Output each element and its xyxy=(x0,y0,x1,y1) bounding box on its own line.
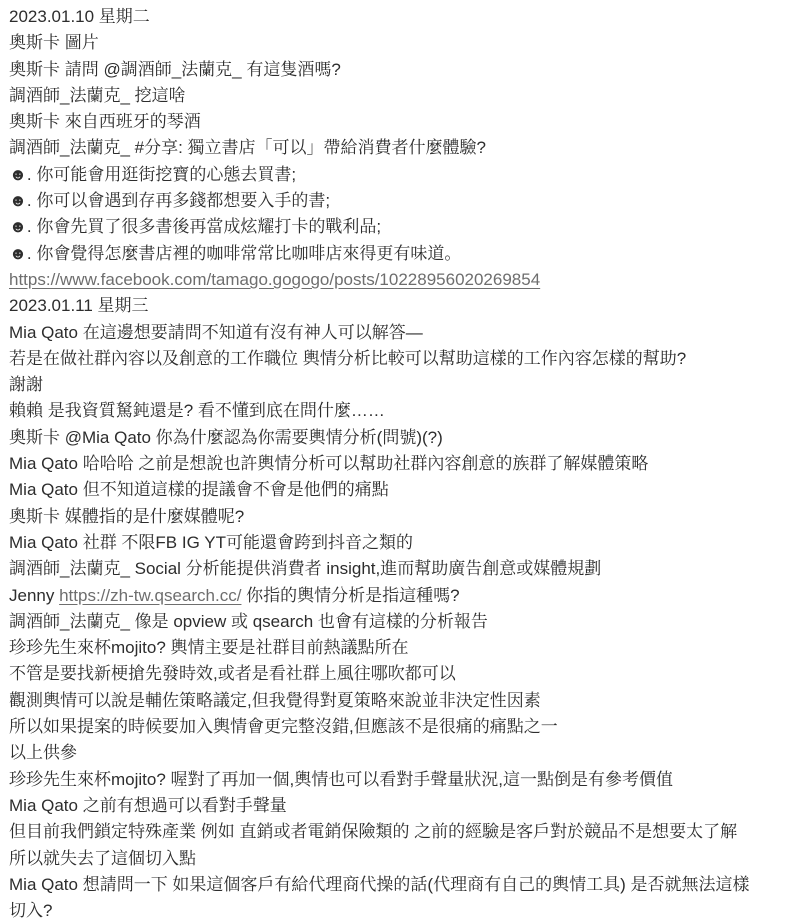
chat-line: ☻. 你會先買了很多書後再當成炫耀打卡的戰利品; xyxy=(9,214,794,240)
chat-text: 謝謝 xyxy=(9,375,43,394)
chat-text: 以上供參 xyxy=(9,743,77,762)
chat-text: 奧斯卡 @Mia Qato 你為什麼認為你需要輿情分析(問號)(?) xyxy=(9,428,443,447)
chat-text: 不管是要找新梗搶先發時效,或者是看社群上風往哪吹都可以 xyxy=(9,664,456,683)
chat-text: 調酒師_法蘭克_ 挖這啥 xyxy=(9,86,186,105)
chat-text: 珍珍先生來杯mojito? 喔對了再加一個,輿情也可以看對手聲量狀況,這一點倒是… xyxy=(9,770,673,789)
chat-line: https://www.facebook.com/tamago.gogogo/p… xyxy=(9,267,794,293)
chat-line: 調酒師_法蘭克_ 像是 opview 或 qsearch 也會有這樣的分析報告 xyxy=(9,609,794,635)
date-header-line: 2023.01.10 星期二 xyxy=(9,4,794,30)
chat-text: 調酒師_法蘭克_ #分享: 獨立書店「可以」帶給消費者什麼體驗? xyxy=(9,138,486,157)
chat-text: 賴賴 是我資質駑鈍還是? 看不懂到底在問什麼…… xyxy=(9,401,385,420)
chat-text: 切入? xyxy=(9,901,52,920)
chat-line: 珍珍先生來杯mojito? 輿情主要是社群目前熱議點所在 xyxy=(9,635,794,661)
chat-line: 不管是要找新梗搶先發時效,或者是看社群上風往哪吹都可以 xyxy=(9,661,794,687)
chat-text: 所以就失去了這個切入點 xyxy=(9,849,196,868)
chat-line: 所以就失去了這個切入點 xyxy=(9,846,794,872)
chat-line: 奧斯卡 請問 @調酒師_法蘭克_ 有這隻酒嗎? xyxy=(9,57,794,83)
chat-line: Mia Qato 但不知道這樣的提議會不會是他們的痛點 xyxy=(9,477,794,503)
chat-line: Mia Qato 想請問一下 如果這個客戶有給代理商代操的話(代理商有自己的輿情… xyxy=(9,872,794,898)
chat-text: ☻. 你可能會用逛街挖寶的心態去買書; xyxy=(9,165,296,184)
chat-line: 以上供參 xyxy=(9,740,794,766)
chat-text: 若是在做社群內容以及創意的工作職位 輿情分析比較可以幫助這樣的工作內容怎樣的幫助… xyxy=(9,349,686,368)
chat-line: ☻. 你可能會用逛街挖寶的心態去買書; xyxy=(9,162,794,188)
chat-text: Mia Qato 想請問一下 如果這個客戶有給代理商代操的話(代理商有自己的輿情… xyxy=(9,875,749,894)
chat-line: 切入? xyxy=(9,898,794,921)
chat-line: Mia Qato 哈哈哈 之前是想說也許輿情分析可以幫助社群內容創意的族群了解媒… xyxy=(9,451,794,477)
chat-line: Mia Qato 在這邊想要請問不知道有沒有神人可以解答— xyxy=(9,320,794,346)
chat-line: 調酒師_法蘭克_ #分享: 獨立書店「可以」帶給消費者什麼體驗? xyxy=(9,135,794,161)
chat-line: 奧斯卡 來自西班牙的琴酒 xyxy=(9,109,794,135)
chat-text: 奧斯卡 請問 @調酒師_法蘭克_ 有這隻酒嗎? xyxy=(9,60,341,79)
chat-line: 珍珍先生來杯mojito? 喔對了再加一個,輿情也可以看對手聲量狀況,這一點倒是… xyxy=(9,767,794,793)
chat-text: 珍珍先生來杯mojito? 輿情主要是社群目前熱議點所在 xyxy=(9,638,409,657)
chat-text: 調酒師_法蘭克_ 像是 opview 或 qsearch 也會有這樣的分析報告 xyxy=(9,612,488,631)
chat-line: Jenny https://zh-tw.qsearch.cc/ 你指的輿情分析是… xyxy=(9,583,794,609)
chat-line: 奧斯卡 圖片 xyxy=(9,30,794,56)
chat-text: Mia Qato 在這邊想要請問不知道有沒有神人可以解答— xyxy=(9,323,423,342)
chat-line: 調酒師_法蘭克_ Social 分析能提供消費者 insight,進而幫助廣告創… xyxy=(9,556,794,582)
chat-line: Mia Qato 社群 不限FB IG YT可能還會跨到抖音之類的 xyxy=(9,530,794,556)
chat-text: Mia Qato 社群 不限FB IG YT可能還會跨到抖音之類的 xyxy=(9,533,413,552)
chat-text: Mia Qato 哈哈哈 之前是想說也許輿情分析可以幫助社群內容創意的族群了解媒… xyxy=(9,454,648,473)
chat-line: 觀測輿情可以說是輔佐策略議定,但我覺得對夏策略來說並非決定性因素 xyxy=(9,688,794,714)
chat-line: 但目前我們鎖定特殊產業 例如 直銷或者電銷保險類的 之前的經驗是客戶對於競品不是… xyxy=(9,819,794,845)
chat-text: 2023.01.10 星期二 xyxy=(9,7,150,26)
chat-text: Mia Qato 之前有想過可以看對手聲量 xyxy=(9,796,287,815)
chat-text: 觀測輿情可以說是輔佐策略議定,但我覺得對夏策略來說並非決定性因素 xyxy=(9,691,541,710)
chat-text: 奧斯卡 圖片 xyxy=(9,33,99,52)
chat-text: 2023.01.11 星期三 xyxy=(9,296,149,315)
chat-text: Mia Qato 但不知道這樣的提議會不會是他們的痛點 xyxy=(9,480,389,499)
hyperlink[interactable]: https://zh-tw.qsearch.cc/ xyxy=(59,586,241,605)
chat-text: 奧斯卡 媒體指的是什麼媒體呢? xyxy=(9,507,244,526)
chat-line: 奧斯卡 @Mia Qato 你為什麼認為你需要輿情分析(問號)(?) xyxy=(9,425,794,451)
chat-text: ☻. 你可以會遇到存再多錢都想要入手的書; xyxy=(9,191,330,210)
chat-line: ☻. 你可以會遇到存再多錢都想要入手的書; xyxy=(9,188,794,214)
chat-line: ☻. 你會覺得怎麼書店裡的咖啡常常比咖啡店來得更有味道。 xyxy=(9,241,794,267)
chat-transcript: 2023.01.10 星期二奧斯卡 圖片奧斯卡 請問 @調酒師_法蘭克_ 有這隻… xyxy=(0,0,800,921)
chat-text: ☻. 你會先買了很多書後再當成炫耀打卡的戰利品; xyxy=(9,217,381,236)
chat-line: 所以如果提案的時候要加入輿情會更完整沒錯,但應該不是很痛的痛點之一 xyxy=(9,714,794,740)
chat-text: Jenny xyxy=(9,586,59,605)
date-header-line: 2023.01.11 星期三 xyxy=(9,293,794,319)
chat-text: 所以如果提案的時候要加入輿情會更完整沒錯,但應該不是很痛的痛點之一 xyxy=(9,717,558,736)
chat-line: Mia Qato 之前有想過可以看對手聲量 xyxy=(9,793,794,819)
chat-text: 但目前我們鎖定特殊產業 例如 直銷或者電銷保險類的 之前的經驗是客戶對於競品不是… xyxy=(9,822,737,841)
chat-line: 賴賴 是我資質駑鈍還是? 看不懂到底在問什麼…… xyxy=(9,398,794,424)
chat-text: 奧斯卡 來自西班牙的琴酒 xyxy=(9,112,201,131)
chat-text: ☻. 你會覺得怎麼書店裡的咖啡常常比咖啡店來得更有味道。 xyxy=(9,244,461,263)
chat-line: 調酒師_法蘭克_ 挖這啥 xyxy=(9,83,794,109)
chat-line: 若是在做社群內容以及創意的工作職位 輿情分析比較可以幫助這樣的工作內容怎樣的幫助… xyxy=(9,346,794,372)
chat-text: 調酒師_法蘭克_ Social 分析能提供消費者 insight,進而幫助廣告創… xyxy=(9,559,601,578)
hyperlink[interactable]: https://www.facebook.com/tamago.gogogo/p… xyxy=(9,270,540,289)
chat-line: 奧斯卡 媒體指的是什麼媒體呢? xyxy=(9,504,794,530)
chat-text: 你指的輿情分析是指這種嗎? xyxy=(241,586,459,605)
chat-line: 謝謝 xyxy=(9,372,794,398)
